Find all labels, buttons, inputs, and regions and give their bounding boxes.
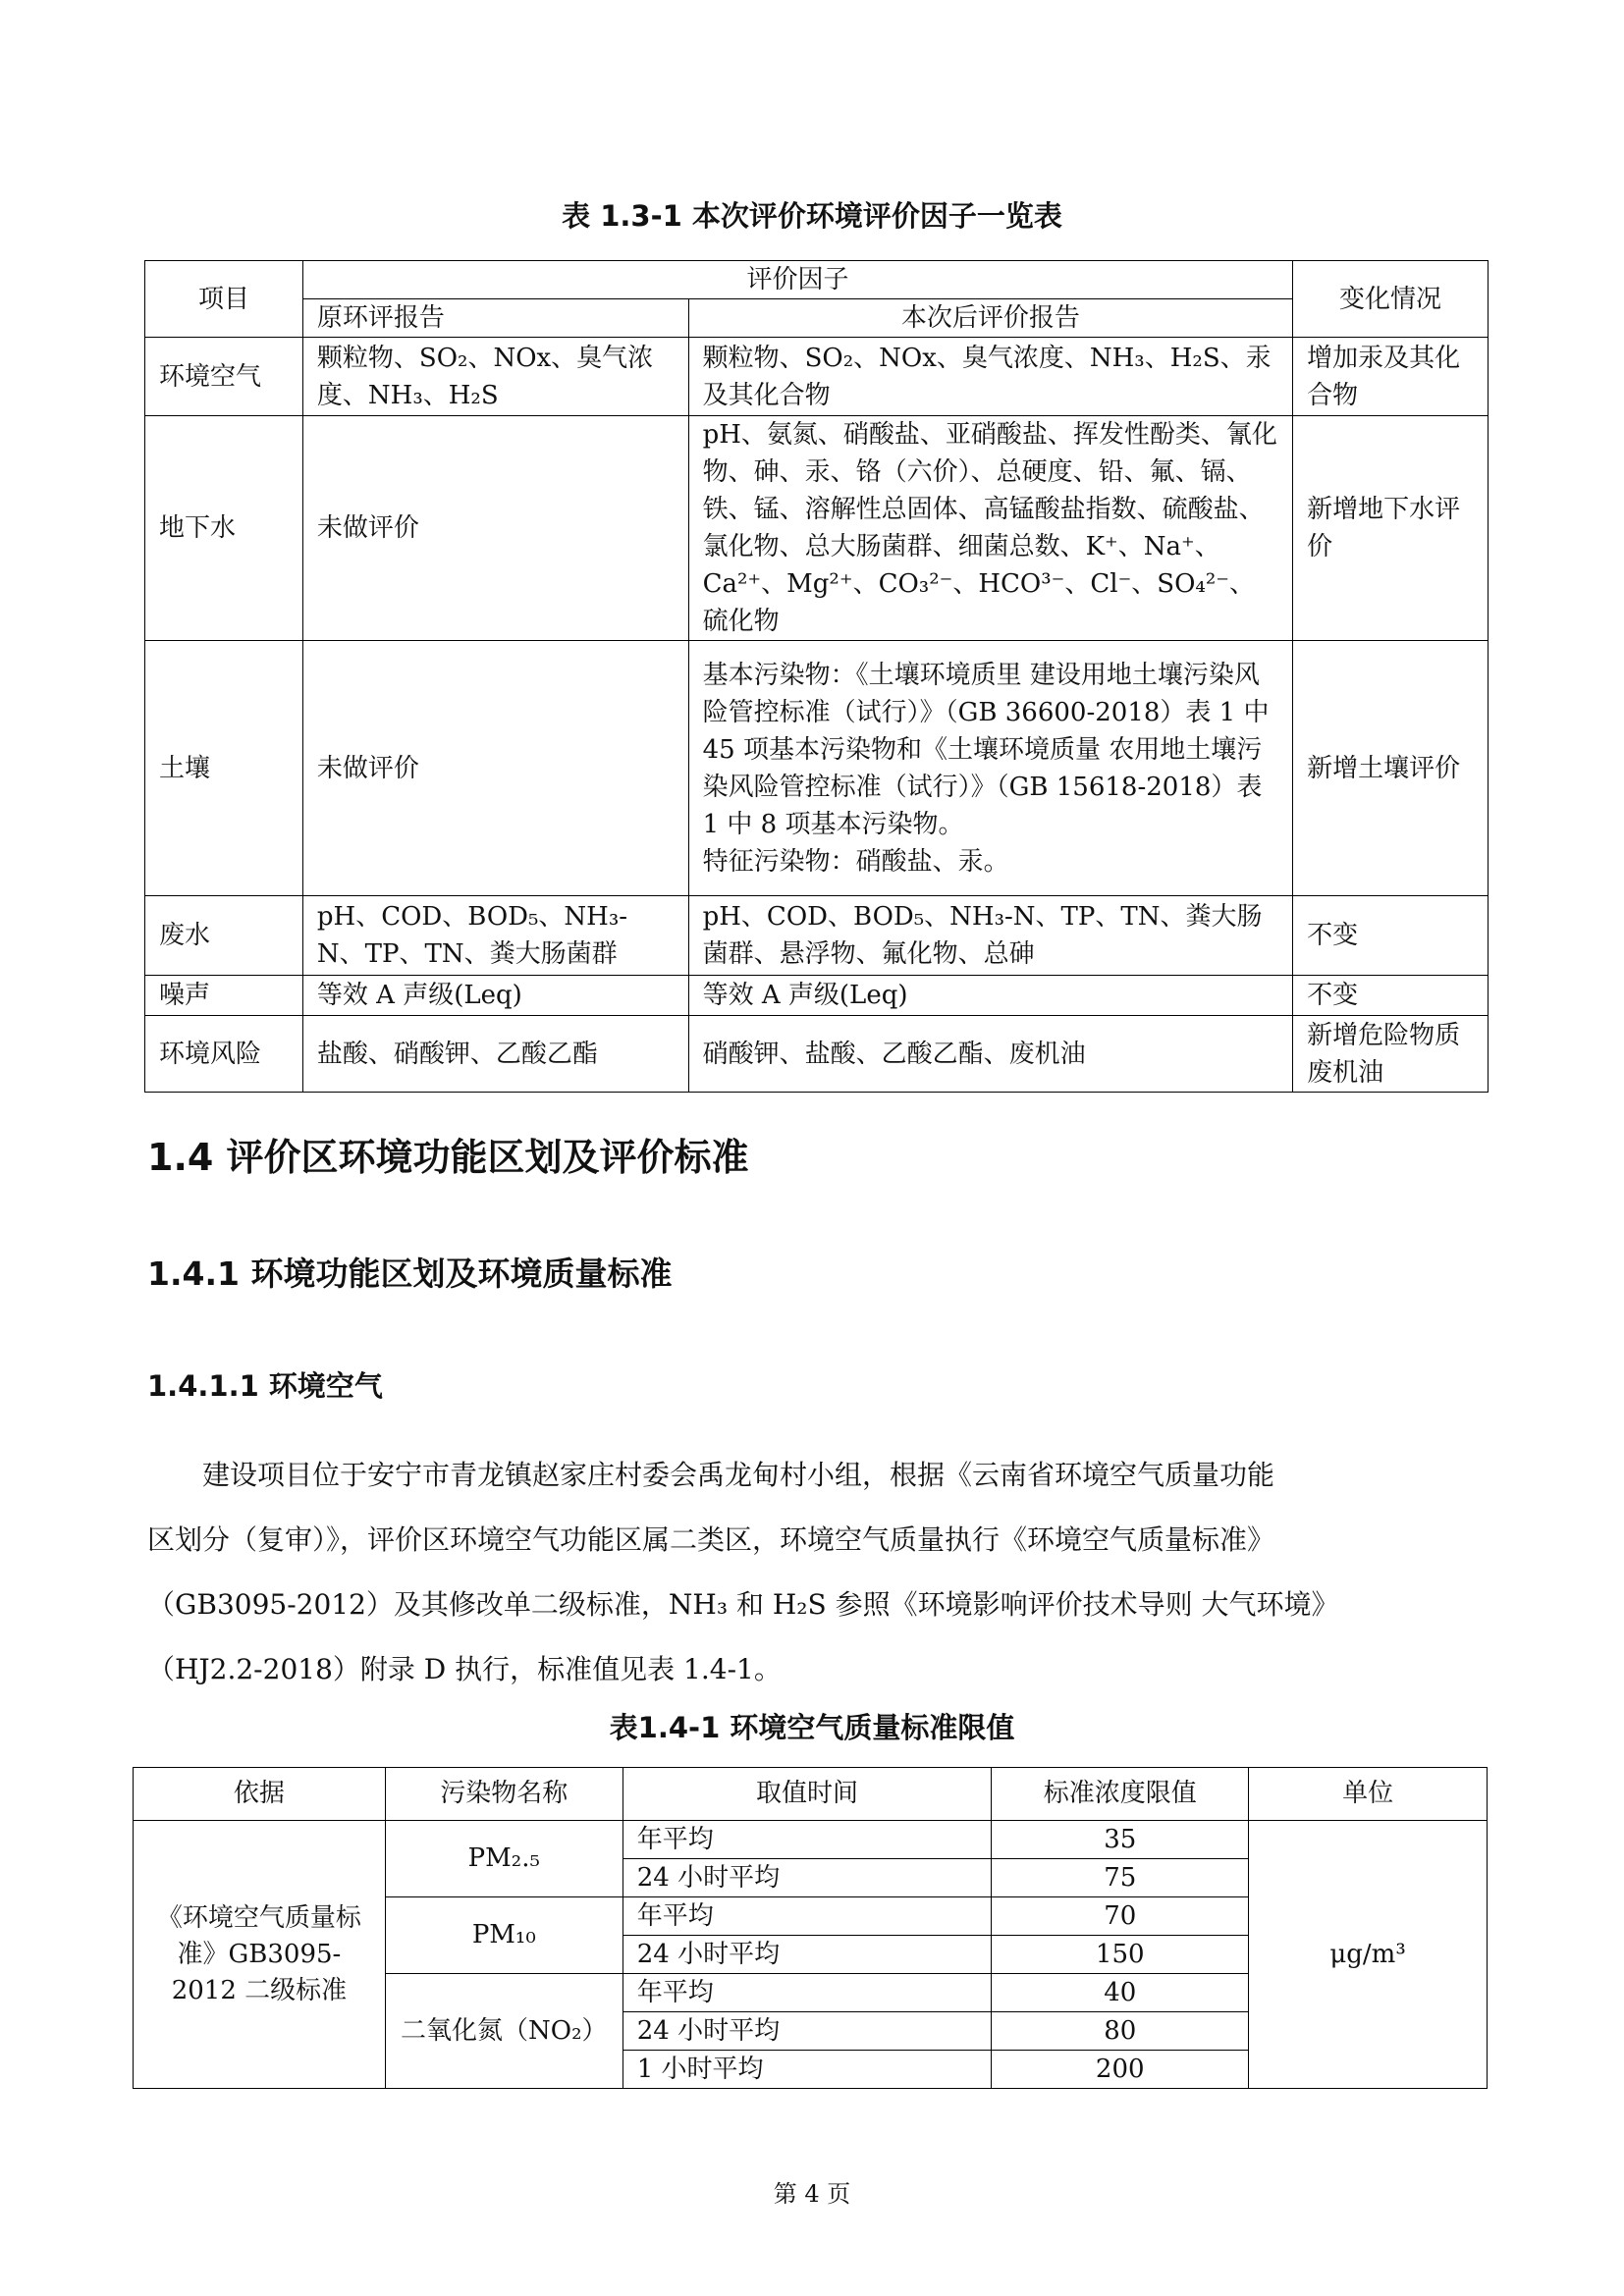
limit-value: 80: [992, 2012, 1249, 2051]
table2-caption: 表1.4-1 环境空气质量标准限值: [0, 1706, 1624, 1746]
air-quality-standards-table: 依据 污染物名称 取值时间 标准浓度限值 单位 《环境空气质量标准》GB3095…: [133, 1767, 1488, 2089]
air-quality-paragraph: 建设项目位于安宁市青龙镇赵家庄村委会禹龙甸村小组，根据《云南省环境空气质量功能 …: [147, 1443, 1488, 1702]
header-period: 取值时间: [623, 1768, 992, 1821]
header-original-report: 原环评报告: [302, 299, 688, 338]
row-item: 废水: [145, 896, 303, 976]
header-limit: 标准浓度限值: [992, 1768, 1249, 1821]
row-current: pH、氨氮、硝酸盐、亚硝酸盐、挥发性酚类、氰化物、砷、汞、铬（六价）、总硬度、铅…: [688, 416, 1293, 641]
table-row: 《环境空气质量标准》GB3095-2012 二级标准 PM₂.₅ 年平均 35 …: [134, 1821, 1488, 1859]
table-row: 噪声 等效 A 声级(Leq) 等效 A 声级(Leq) 不变: [145, 976, 1489, 1016]
table-row: 废水 pH、COD、BOD₅、NH₃-N、TP、TN、粪大肠菌群 pH、COD、…: [145, 896, 1489, 976]
unit: μg/m³: [1249, 1821, 1488, 2089]
row-original: 未做评价: [302, 641, 688, 896]
row-current: 硝酸钾、盐酸、乙酸乙酯、废机油: [688, 1016, 1293, 1093]
row-original: 等效 A 声级(Leq): [302, 976, 688, 1016]
period: 24 小时平均: [623, 1936, 992, 1974]
limit-value: 40: [992, 1974, 1249, 2012]
header-unit: 单位: [1249, 1768, 1488, 1821]
row-original: 盐酸、硝酸钾、乙酸乙酯: [302, 1016, 688, 1093]
row-item: 环境空气: [145, 338, 303, 416]
row-item: 土壤: [145, 641, 303, 896]
period: 24 小时平均: [623, 1859, 992, 1897]
row-original: pH、COD、BOD₅、NH₃-N、TP、TN、粪大肠菌群: [302, 896, 688, 976]
paragraph-line: （GB3095-2012）及其修改单二级标准，NH₃ 和 H₂S 参照《环境影响…: [147, 1573, 1488, 1637]
pollutant-name: PM₁₀: [385, 1897, 623, 1974]
section-heading-1-4-1-1: 1.4.1.1 环境空气: [147, 1364, 383, 1405]
period: 年平均: [623, 1897, 992, 1936]
row-item: 地下水: [145, 416, 303, 641]
row-item: 噪声: [145, 976, 303, 1016]
section-heading-1-4-1: 1.4.1 环境功能区划及环境质量标准: [147, 1249, 672, 1295]
limit-value: 150: [992, 1936, 1249, 1974]
period: 1 小时平均: [623, 2051, 992, 2089]
limit-value: 35: [992, 1821, 1249, 1859]
table-row: 环境空气 颗粒物、SO₂、NOx、臭气浓度、NH₃、H₂S 颗粒物、SO₂、NO…: [145, 338, 1489, 416]
header-item: 项目: [145, 261, 303, 338]
row-item: 环境风险: [145, 1016, 303, 1093]
standard-basis: 《环境空气质量标准》GB3095-2012 二级标准: [134, 1821, 386, 2089]
row-current: pH、COD、BOD₅、NH₃-N、TP、TN、粪大肠菌群、悬浮物、氟化物、总砷: [688, 896, 1293, 976]
header-basis: 依据: [134, 1768, 386, 1821]
header-factors: 评价因子: [302, 261, 1292, 299]
table1-caption: 表 1.3-1 本次评价环境评价因子一览表: [0, 194, 1624, 235]
pollutant-name: 二氧化氮（NO₂）: [385, 1974, 623, 2089]
evaluation-factors-table: 项目 评价因子 变化情况 原环评报告 本次后评价报告 环境空气 颗粒物、SO₂、…: [144, 260, 1489, 1093]
row-change: 新增危险物质废机油: [1293, 1016, 1489, 1093]
row-change: 新增土壤评价: [1293, 641, 1489, 896]
row-change: 不变: [1293, 976, 1489, 1016]
header-pollutant: 污染物名称: [385, 1768, 623, 1821]
row-change: 不变: [1293, 896, 1489, 976]
period: 年平均: [623, 1821, 992, 1859]
row-current: 基本污染物：《土壤环境质里 建设用地土壤污染风险管控标准（试行）》（GB 366…: [688, 641, 1293, 896]
row-current: 颗粒物、SO₂、NOx、臭气浓度、NH₃、H₂S、汞及其化合物: [688, 338, 1293, 416]
section-heading-1-4: 1.4 评价区环境功能区划及评价标准: [147, 1127, 749, 1181]
row-original: 未做评价: [302, 416, 688, 641]
row-current: 等效 A 声级(Leq): [688, 976, 1293, 1016]
soil-basic-pollutants: 基本污染物：《土壤环境质里 建设用地土壤污染风险管控标准（试行）》（GB 366…: [703, 657, 1279, 843]
paragraph-line: 区划分（复审）》，评价区环境空气功能区属二类区，环境空气质量执行《环境空气质量标…: [147, 1508, 1488, 1573]
row-change: 增加汞及其化合物: [1293, 338, 1489, 416]
page-number: 第 4 页: [0, 2174, 1624, 2209]
paragraph-line: 建设项目位于安宁市青龙镇赵家庄村委会禹龙甸村小组，根据《云南省环境空气质量功能: [147, 1443, 1488, 1508]
period: 年平均: [623, 1974, 992, 2012]
row-original: 颗粒物、SO₂、NOx、臭气浓度、NH₃、H₂S: [302, 338, 688, 416]
table-row: 环境风险 盐酸、硝酸钾、乙酸乙酯 硝酸钾、盐酸、乙酸乙酯、废机油 新增危险物质废…: [145, 1016, 1489, 1093]
soil-characteristic-pollutants: 特征污染物：硝酸盐、汞。: [703, 843, 1279, 881]
header-current-report: 本次后评价报告: [688, 299, 1293, 338]
limit-value: 200: [992, 2051, 1249, 2089]
table-row: 地下水 未做评价 pH、氨氮、硝酸盐、亚硝酸盐、挥发性酚类、氰化物、砷、汞、铬（…: [145, 416, 1489, 641]
table-row: 土壤 未做评价 基本污染物：《土壤环境质里 建设用地土壤污染风险管控标准（试行）…: [145, 641, 1489, 896]
limit-value: 75: [992, 1859, 1249, 1897]
row-change: 新增地下水评价: [1293, 416, 1489, 641]
header-change: 变化情况: [1293, 261, 1489, 338]
limit-value: 70: [992, 1897, 1249, 1936]
pollutant-name: PM₂.₅: [385, 1821, 623, 1897]
period: 24 小时平均: [623, 2012, 992, 2051]
paragraph-line: （HJ2.2-2018）附录 D 执行，标准值见表 1.4-1。: [147, 1637, 1488, 1702]
